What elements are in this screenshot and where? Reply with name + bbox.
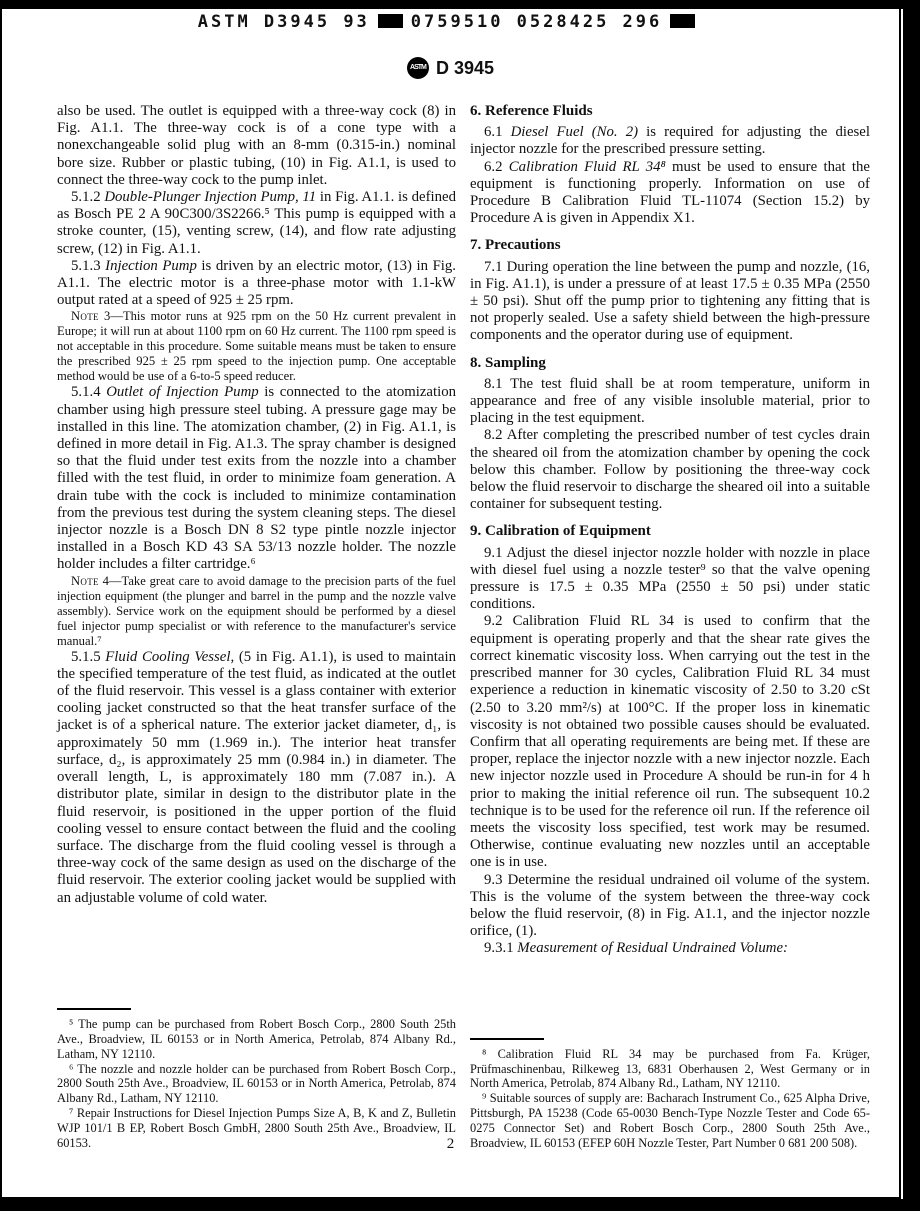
right-footnotes: ⁸ Calibration Fluid RL 34 may be purchas…	[470, 1038, 870, 1151]
section-number: 6.1	[484, 124, 511, 140]
section-number: 5.1.3	[71, 258, 105, 274]
scan-edge-right-band	[903, 0, 920, 1211]
term-italic: Measurement of Residual Undrained Volume…	[517, 940, 788, 956]
section-heading-7: 7. Precautions	[470, 237, 870, 254]
section-number: 6.2	[484, 159, 509, 175]
page-number: 2	[0, 1136, 901, 1153]
para-8-2: 8.2 After completing the prescribed numb…	[470, 427, 870, 513]
footnote-separator	[470, 1038, 544, 1040]
section-number: 5.1.5	[71, 649, 105, 665]
para-5-1-2: 5.1.2 Double-Plunger Injection Pump, 11 …	[57, 189, 456, 258]
note-text: 4—Take great care to avoid damage to the…	[57, 574, 456, 648]
ocr-header-part1: ASTM D3945 93	[198, 12, 370, 32]
para-8-1: 8.1 The test fluid shall be at room temp…	[470, 376, 870, 428]
para-9-3: 9.3 Determine the residual undrained oil…	[470, 872, 870, 941]
term-italic: Calibration Fluid RL 34⁸	[509, 159, 666, 175]
term-italic: Double-Plunger Injection Pump, 11	[104, 189, 316, 205]
right-column: 6. Reference Fluids 6.1 Diesel Fuel (No.…	[470, 103, 870, 1199]
note-3: Note 3—This motor runs at 925 rpm on the…	[57, 309, 456, 384]
term-italic: Diesel Fuel (No. 2)	[511, 124, 638, 140]
document-header: ASTMD 3945	[0, 57, 901, 79]
para-5-1-5: 5.1.5 Fluid Cooling Vessel, (5 in Fig. A…	[57, 649, 456, 907]
doc-designation: D 3945	[436, 58, 494, 78]
left-footnotes: ⁵ The pump can be purchased from Robert …	[57, 1008, 456, 1151]
para-text: (5 in Fig. A1.1), is used to maintain th…	[57, 649, 456, 906]
filled-block-icon	[378, 14, 403, 28]
footnote-5: ⁵ The pump can be purchased from Robert …	[57, 1017, 456, 1062]
para-9-1: 9.1 Adjust the diesel injector nozzle ho…	[470, 545, 870, 614]
left-column: also be used. The outlet is equipped wit…	[57, 103, 456, 1199]
ocr-header-part2: 0759510 0528425 296	[411, 12, 662, 32]
term-italic: Injection Pump	[105, 258, 197, 274]
ocr-header-line: ASTM D3945 930759510 0528425 296	[0, 12, 901, 32]
para-6-1: 6.1 Diesel Fuel (No. 2) is required for …	[470, 124, 870, 158]
footnote-6: ⁶ The nozzle and nozzle holder can be pu…	[57, 1062, 456, 1107]
note-label: Note	[71, 309, 99, 323]
scan-edge-bottom-bar	[0, 1199, 920, 1211]
astm-logo: ASTM	[407, 57, 429, 79]
para-7-1: 7.1 During operation the line between th…	[470, 259, 870, 345]
section-heading-9: 9. Calibration of Equipment	[470, 523, 870, 540]
scanned-document-page: ASTM D3945 930759510 0528425 296 ASTMD 3…	[0, 0, 920, 1211]
section-number: 5.1.2	[71, 189, 104, 205]
section-number: 9.3.1	[484, 940, 517, 956]
para-6-2: 6.2 Calibration Fluid RL 34⁸ must be use…	[470, 159, 870, 228]
footnote-separator	[57, 1008, 131, 1010]
para-5-1-3: 5.1.3 Injection Pump is driven by an ele…	[57, 258, 456, 310]
note-4: Note 4—Take great care to avoid damage t…	[57, 574, 456, 649]
term-italic: Outlet of Injection Pump	[106, 384, 258, 400]
para-continuation: also be used. The outlet is equipped wit…	[57, 103, 456, 189]
term-italic: Fluid Cooling Vessel,	[105, 649, 234, 665]
para-9-3-1: 9.3.1 Measurement of Residual Undrained …	[470, 940, 870, 957]
para-9-2: 9.2 Calibration Fluid RL 34 is used to c…	[470, 613, 870, 871]
section-number: 5.1.4	[71, 384, 106, 400]
note-text: 3—This motor runs at 925 rpm on the 50 H…	[57, 309, 456, 383]
section-heading-6: 6. Reference Fluids	[470, 103, 870, 120]
note-label: Note	[71, 574, 99, 588]
filled-block-icon	[670, 14, 695, 28]
section-heading-8: 8. Sampling	[470, 355, 870, 372]
para-text: is connected to the atomization chamber …	[57, 384, 456, 572]
footnote-8: ⁸ Calibration Fluid RL 34 may be purchas…	[470, 1047, 870, 1092]
para-5-1-4: 5.1.4 Outlet of Injection Pump is connec…	[57, 384, 456, 573]
scan-edge-top-bar	[0, 0, 920, 9]
